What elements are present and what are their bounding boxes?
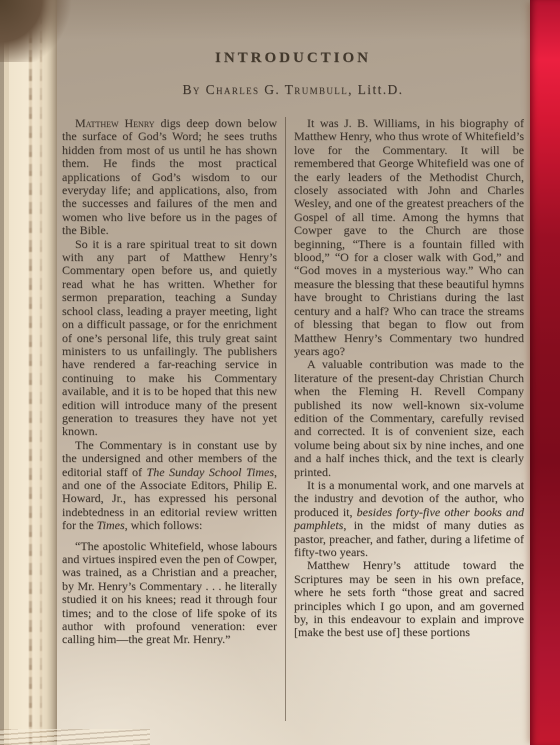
page-content: INTRODUCTION By Charles G. Trumbull, Lit… [62,50,524,721]
byline: By Charles G. Trumbull, Litt.D. [62,82,524,98]
paragraph: “The apostolic Whitefield, whose labours… [62,540,277,647]
paragraph: Matthew Henry digs deep down below the s… [62,117,277,238]
paragraph: A valuable contribution was made to the … [294,358,524,479]
paragraph: Matthew Henry’s attitude toward the Scri… [294,559,524,639]
paragraph: So it is a rare spiritual treat to sit d… [62,238,277,439]
column-right: It was J. B. Williams, in his biography … [286,117,524,721]
page-edge-seam [40,0,42,745]
text-columns: Matthew Henry digs deep down below the s… [62,117,524,721]
paragraph: The Commentary is in constant use by the… [62,439,277,533]
page-edges-bottom [0,729,150,745]
paragraph: It was J. B. Williams, in his biography … [294,117,524,358]
page-edges-left [0,0,57,745]
book-cover-red-edge [530,0,560,745]
page-title: INTRODUCTION [62,50,524,67]
book-photo: INTRODUCTION By Charles G. Trumbull, Lit… [0,0,560,745]
column-left: Matthew Henry digs deep down below the s… [62,117,285,721]
page-edge-seam [29,0,32,745]
paragraph: It is a monumental work, and one marvels… [294,479,524,559]
